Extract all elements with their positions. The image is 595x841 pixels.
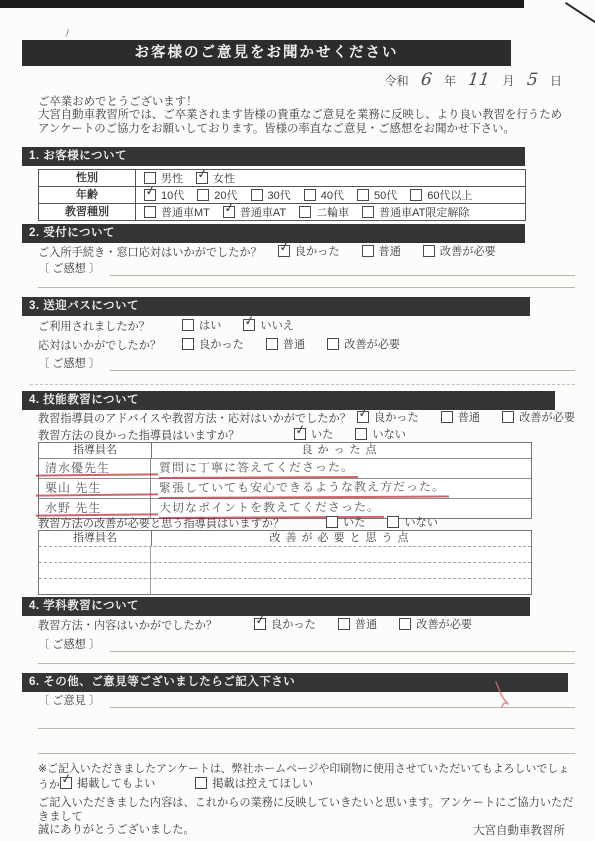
checkbox[interactable]: ✓ xyxy=(357,411,369,423)
checkbox[interactable] xyxy=(266,338,278,350)
table-row-age: 年齢 ✓10代20代30代40代50代60代以上 xyxy=(39,186,525,203)
checkbox-label: 良かった xyxy=(374,409,419,425)
section-6-heading: 6. その他、ご意見等ございましたらご記入下さい xyxy=(22,673,568,692)
gender-options: 男性✓女性 xyxy=(136,170,525,186)
page-title: お客様のご意見をお聞かせください xyxy=(22,40,511,66)
instructor-point-cell[interactable] xyxy=(151,563,531,578)
checkbox[interactable] xyxy=(357,189,369,201)
section-4-skill-heading: 4. 技能教習について xyxy=(22,391,555,410)
table-row-course-type: 教習種別 普通車MT✓普通車AT二輪車普通車AT限定解除 xyxy=(39,203,525,220)
checkbox[interactable]: ✓ xyxy=(278,245,290,257)
academic-options: ✓良かった普通改善が必要 xyxy=(254,616,494,633)
checkbox[interactable] xyxy=(326,516,338,528)
checkbox[interactable] xyxy=(423,245,435,257)
year-value-handwritten[interactable]: 6 xyxy=(420,70,433,90)
checkbox-label: いない xyxy=(372,426,406,442)
company-name: 大宮自動車教習所 xyxy=(38,822,565,838)
checkbox-option[interactable]: 普通 xyxy=(338,616,377,632)
checkbox[interactable] xyxy=(182,319,194,331)
checkbox-option[interactable]: 掲載は控えてほしい xyxy=(195,775,313,791)
checkbox-option[interactable]: ✓良かった xyxy=(357,409,419,425)
customer-table: 性別 男性✓女性 年齢 ✓10代20代30代40代50代60代以上 教習種別 普… xyxy=(38,169,526,221)
checkbox-label: 良かった xyxy=(295,243,340,259)
checkbox[interactable] xyxy=(387,516,399,528)
checkbox[interactable] xyxy=(338,618,350,630)
checkbox[interactable]: ✓ xyxy=(243,319,255,331)
bus-used-question: ご利用されましたか？ xyxy=(38,318,166,334)
year-label: 年 xyxy=(444,74,456,88)
column-header-good-point: 良かった点 xyxy=(152,443,531,458)
checkbox[interactable] xyxy=(182,338,194,350)
checkbox-option[interactable]: 普通 xyxy=(266,336,305,352)
checkbox-label: 普通車MT xyxy=(161,204,210,220)
checkbox-option[interactable]: ✓10代 xyxy=(144,187,184,203)
checkbox-label: 30代 xyxy=(268,187,291,203)
comment-label: 〔 ご感想 〕 xyxy=(38,636,100,652)
checkbox-label: 60代以上 xyxy=(427,187,472,203)
checkbox[interactable] xyxy=(502,411,514,423)
checkbox-label: 普通 xyxy=(355,616,377,632)
handwritten-comment: 質問に丁寧に答えてくださった。 xyxy=(159,458,358,479)
checkbox[interactable] xyxy=(195,777,207,789)
checkbox-label: 掲載してもよい xyxy=(77,775,155,791)
check-mark-icon: ✓ xyxy=(196,166,209,181)
checkbox-option[interactable]: はい xyxy=(182,317,221,333)
checkbox-option[interactable]: ✓女性 xyxy=(196,170,235,186)
skill-advice-options: ✓良かった普通改善が必要 xyxy=(357,409,595,426)
skill-improve-options: いたいない xyxy=(326,514,460,531)
instructor-table-row: 栗山 先生緊張していても安心できるような教え方だった。 xyxy=(39,478,531,498)
section-2-heading: 2. 受付について xyxy=(22,224,525,243)
instructor-name-cell[interactable] xyxy=(39,563,151,578)
checkbox-label: いた xyxy=(343,514,365,530)
checkbox[interactable] xyxy=(441,411,453,423)
column-header-improve-point: 改善が必要と思う点 xyxy=(152,531,531,546)
check-mark-icon: ✓ xyxy=(357,405,370,420)
skill-good-options: ✓いたいない xyxy=(294,426,428,443)
bus-service-question: 応対はいかがでしたか？ xyxy=(38,337,166,353)
instructor-point-cell[interactable] xyxy=(151,547,531,562)
intro-line-1: ご卒業おめでとうございます！ xyxy=(38,96,568,109)
checkbox[interactable]: ✓ xyxy=(254,618,266,630)
age-options: ✓10代20代30代40代50代60代以上 xyxy=(136,187,525,203)
instructor-name-cell[interactable] xyxy=(39,547,151,562)
bus-used-question-row: ご利用されましたか？ はい✓いいえ xyxy=(38,317,316,334)
check-mark-icon: ✓ xyxy=(144,183,157,198)
checkbox-option[interactable]: 改善が必要 xyxy=(423,243,496,259)
check-mark-icon: ✓ xyxy=(254,612,267,627)
checkbox[interactable] xyxy=(399,618,411,630)
checkbox-option[interactable]: 普通車AT限定解除 xyxy=(362,204,469,220)
comment-write-line[interactable] xyxy=(38,753,575,754)
checkbox[interactable]: ✓ xyxy=(196,172,208,184)
comment-label: 〔 ご感想 〕 xyxy=(38,355,100,371)
skill-good-question: 教習方法の良かった指導員はいますか？ xyxy=(38,427,278,443)
skill-improve-question: 教習方法の改善が必要と思う指導員はいますか？ xyxy=(38,515,310,531)
era-label: 令和 xyxy=(385,74,409,88)
check-mark-icon: ✓ xyxy=(223,200,236,215)
intro-paragraph: ご卒業おめでとうございます！ 大宮自動車教習所では、ご卒業されます皆様の貴重なご… xyxy=(38,96,568,136)
checkbox-label: 良かった xyxy=(199,336,244,352)
check-mark-icon: ✓ xyxy=(60,771,73,786)
checkbox-option[interactable]: ✓良かった xyxy=(254,616,316,632)
checkbox-label: 普通 xyxy=(458,409,480,425)
checkbox-label: 普通車AT xyxy=(240,204,286,220)
section-1-heading: 1. お客様について xyxy=(22,147,525,166)
checkbox-option[interactable]: 30代 xyxy=(251,187,291,203)
checkbox-label: 40代 xyxy=(321,187,344,203)
checkbox-label: 普通 xyxy=(283,336,305,352)
checkbox[interactable] xyxy=(362,245,374,257)
academic-comment-row: 〔 ご感想 〕 xyxy=(38,636,575,652)
checkbox[interactable]: ✓ xyxy=(60,777,72,789)
checkbox-option[interactable]: ✓いいえ xyxy=(243,317,294,333)
checkbox-option[interactable]: ✓掲載してもよい xyxy=(60,775,155,791)
bus-service-options: 良かった普通改善が必要 xyxy=(182,336,422,353)
section-4-academic-heading: 4. 学科教習について xyxy=(22,597,530,616)
instructor-name-cell[interactable]: 清水優先生 xyxy=(39,459,151,478)
bus-comment-row: 〔 ご感想 〕 xyxy=(38,355,575,371)
instructor-name-cell[interactable]: 栗山 先生 xyxy=(39,479,151,498)
column-header-instructor-name: 指導員名 xyxy=(39,443,152,458)
comment-write-line[interactable] xyxy=(110,260,575,276)
checkbox-option[interactable]: いない xyxy=(387,514,438,530)
checkbox[interactable] xyxy=(362,206,374,218)
checkbox[interactable]: ✓ xyxy=(294,428,306,440)
academic-question: 教習方法・内容はいかがでしたか？ xyxy=(38,617,238,633)
checkbox[interactable] xyxy=(299,206,311,218)
checkbox-option[interactable]: 良かった xyxy=(182,336,244,352)
reception-question: ご入所手続き・窓口応対はいかがでしたか？ xyxy=(38,244,262,260)
checkbox-label: 普通車AT限定解除 xyxy=(379,204,469,220)
academic-question-row: 教習方法・内容はいかがでしたか？ ✓良かった普通改善が必要 xyxy=(38,616,494,633)
checkbox-option[interactable]: ✓良かった xyxy=(278,243,340,259)
row-label-age: 年齢 xyxy=(39,187,136,203)
instructor-table-row xyxy=(39,578,531,594)
month-label: 月 xyxy=(502,74,514,88)
comment-write-line[interactable] xyxy=(110,636,575,652)
comment-label: 〔 ご感想 〕 xyxy=(38,260,100,276)
good-table-header: 指導員名 良かった点 xyxy=(39,443,531,458)
column-header-instructor-name: 指導員名 xyxy=(39,531,152,546)
instructor-table-row xyxy=(39,546,531,562)
checkbox-label: 改善が必要 xyxy=(519,409,575,425)
day-value-handwritten[interactable]: 5 xyxy=(526,70,539,90)
row-label-gender: 性別 xyxy=(39,170,136,186)
checkbox[interactable] xyxy=(355,428,367,440)
skill-good-question-row: 教習方法の良かった指導員はいますか？ ✓いたいない xyxy=(38,426,428,443)
checkbox-option[interactable]: いない xyxy=(355,426,406,442)
checkbox-label: 普通 xyxy=(379,243,401,259)
date-line: 令和 6 年 11 月 5 日 xyxy=(0,70,562,90)
checkbox-label: いた xyxy=(311,426,333,442)
closing-line-1: ご記入いただきました内容は、これからの業務に反映していきたいと思います。アンケー… xyxy=(38,797,578,824)
checkbox-option[interactable]: 60代以上 xyxy=(410,187,472,203)
checkbox-label: 女性 xyxy=(213,170,235,186)
comment-write-line[interactable] xyxy=(38,287,575,288)
comment-write-line[interactable] xyxy=(38,728,575,729)
check-mark-icon: ✓ xyxy=(278,239,291,254)
checkbox-option[interactable]: 50代 xyxy=(357,187,397,203)
checkbox-label: はい xyxy=(199,317,221,333)
month-value-handwritten[interactable]: 11 xyxy=(467,70,491,90)
reception-options: ✓良かった普通改善が必要 xyxy=(278,243,518,260)
checkbox-option[interactable]: 40代 xyxy=(304,187,344,203)
handwritten-comment: 緊張していても安心できるような教え方だった。 xyxy=(159,477,449,499)
checkbox[interactable] xyxy=(410,189,422,201)
checkbox-option[interactable]: 普通 xyxy=(441,409,480,425)
instructor-point-cell[interactable]: 緊張していても安心できるような教え方だった。 xyxy=(151,479,531,498)
improve-table-body xyxy=(39,546,531,594)
checkbox-option[interactable]: ✓普通車AT xyxy=(223,204,286,220)
bus-service-question-row: 応対はいかがでしたか？ 良かった普通改善が必要 xyxy=(38,336,422,353)
red-pen-mark xyxy=(490,680,516,710)
checkbox[interactable] xyxy=(197,189,209,201)
checkbox-label: 掲載は控えてほしい xyxy=(212,775,313,791)
day-label: 日 xyxy=(550,74,562,88)
checkbox-option[interactable]: ✓いた xyxy=(294,426,333,442)
survey-page: お客様のご意見をお聞かせください 令和 6 年 11 月 5 日 ご卒業おめでと… xyxy=(0,0,595,841)
checkbox-option[interactable]: いた xyxy=(326,514,365,530)
checkbox-option[interactable]: 改善が必要 xyxy=(502,409,575,425)
checkbox-label: 10代 xyxy=(161,187,184,203)
checkbox[interactable]: ✓ xyxy=(144,189,156,201)
improve-table-header: 指導員名 改善が必要と思う点 xyxy=(39,531,531,546)
good-table-body: 清水優先生質問に丁寧に答えてくださった。栗山 先生緊張していても安心できるような… xyxy=(39,458,531,518)
intro-line-2: 大宮自動車教習所では、ご卒業されます皆様の貴重なご意見を業務に反映し、より良い教… xyxy=(38,109,568,122)
checkbox-option[interactable]: 普通 xyxy=(362,243,401,259)
checkbox-label: 二輪車 xyxy=(316,204,349,220)
instructor-name-cell[interactable] xyxy=(39,579,151,594)
checkbox-label: 50代 xyxy=(374,187,397,203)
skill-improve-question-row: 教習方法の改善が必要と思う指導員はいますか？ いたいない xyxy=(38,514,460,531)
instructor-point-cell[interactable] xyxy=(151,579,531,594)
checkbox-label: 良かった xyxy=(271,616,316,632)
publish-permission-options: ✓掲載してもよい掲載は控えてほしい xyxy=(60,775,353,791)
checkbox-option[interactable]: 二輪車 xyxy=(299,204,349,220)
comment-write-line[interactable] xyxy=(38,663,575,664)
checkbox-label: 改善が必要 xyxy=(344,336,400,352)
reception-comment-row: 〔 ご感想 〕 xyxy=(38,260,575,276)
checkbox-option[interactable]: 普通車MT xyxy=(144,204,210,220)
comment-write-line[interactable] xyxy=(30,384,575,385)
checkbox[interactable] xyxy=(251,189,263,201)
checkbox-label: 改善が必要 xyxy=(416,616,472,632)
checkbox-label: いいえ xyxy=(260,317,294,333)
checkbox-label: いない xyxy=(404,514,438,530)
bus-used-options: はい✓いいえ xyxy=(182,317,316,334)
skill-advice-question-row: 教習指導員のアドバイスや教習方法・応対はいかがでしたか？ ✓良かった普通改善が必… xyxy=(38,409,595,426)
checkbox[interactable] xyxy=(144,206,156,218)
checkbox-label: 男性 xyxy=(161,170,183,186)
section-3-heading: 3. 送迎バスについて xyxy=(22,297,530,316)
checkbox-option[interactable]: 改善が必要 xyxy=(327,336,400,352)
improve-instructor-table: 指導員名 改善が必要と思う点 xyxy=(38,530,532,595)
checkbox[interactable] xyxy=(327,338,339,350)
checkbox-option[interactable]: 改善が必要 xyxy=(399,616,472,632)
scan-artifact-corner-line xyxy=(565,2,595,23)
checkbox[interactable]: ✓ xyxy=(223,206,235,218)
checkbox-label: 改善が必要 xyxy=(440,243,496,259)
comment-write-line[interactable] xyxy=(110,355,575,371)
scan-artifact-top-bar xyxy=(0,0,524,8)
instructor-table-row xyxy=(39,562,531,578)
row-label-course-type: 教習種別 xyxy=(39,204,136,220)
scan-artifact-squiggle xyxy=(61,27,69,37)
instructor-point-cell[interactable]: 質問に丁寧に答えてくださった。 xyxy=(151,459,531,478)
instructor-table-row: 清水優先生質問に丁寧に答えてくださった。 xyxy=(39,458,531,478)
good-instructor-table: 指導員名 良かった点 清水優先生質問に丁寧に答えてくださった。栗山 先生緊張して… xyxy=(38,442,532,519)
checkbox[interactable] xyxy=(304,189,316,201)
comment-label: 〔 ご意見 〕 xyxy=(38,692,100,708)
course-type-options: 普通車MT✓普通車AT二輪車普通車AT限定解除 xyxy=(136,204,525,220)
table-row-gender: 性別 男性✓女性 xyxy=(39,170,525,186)
reception-question-row: ご入所手続き・窓口応対はいかがでしたか？ ✓良かった普通改善が必要 xyxy=(38,243,518,260)
check-mark-icon: ✓ xyxy=(294,422,307,437)
intro-line-3: アンケートのご協力をお願いしております。皆様の率直なご意見・ご感想をお聞かせ下さ… xyxy=(38,123,568,136)
